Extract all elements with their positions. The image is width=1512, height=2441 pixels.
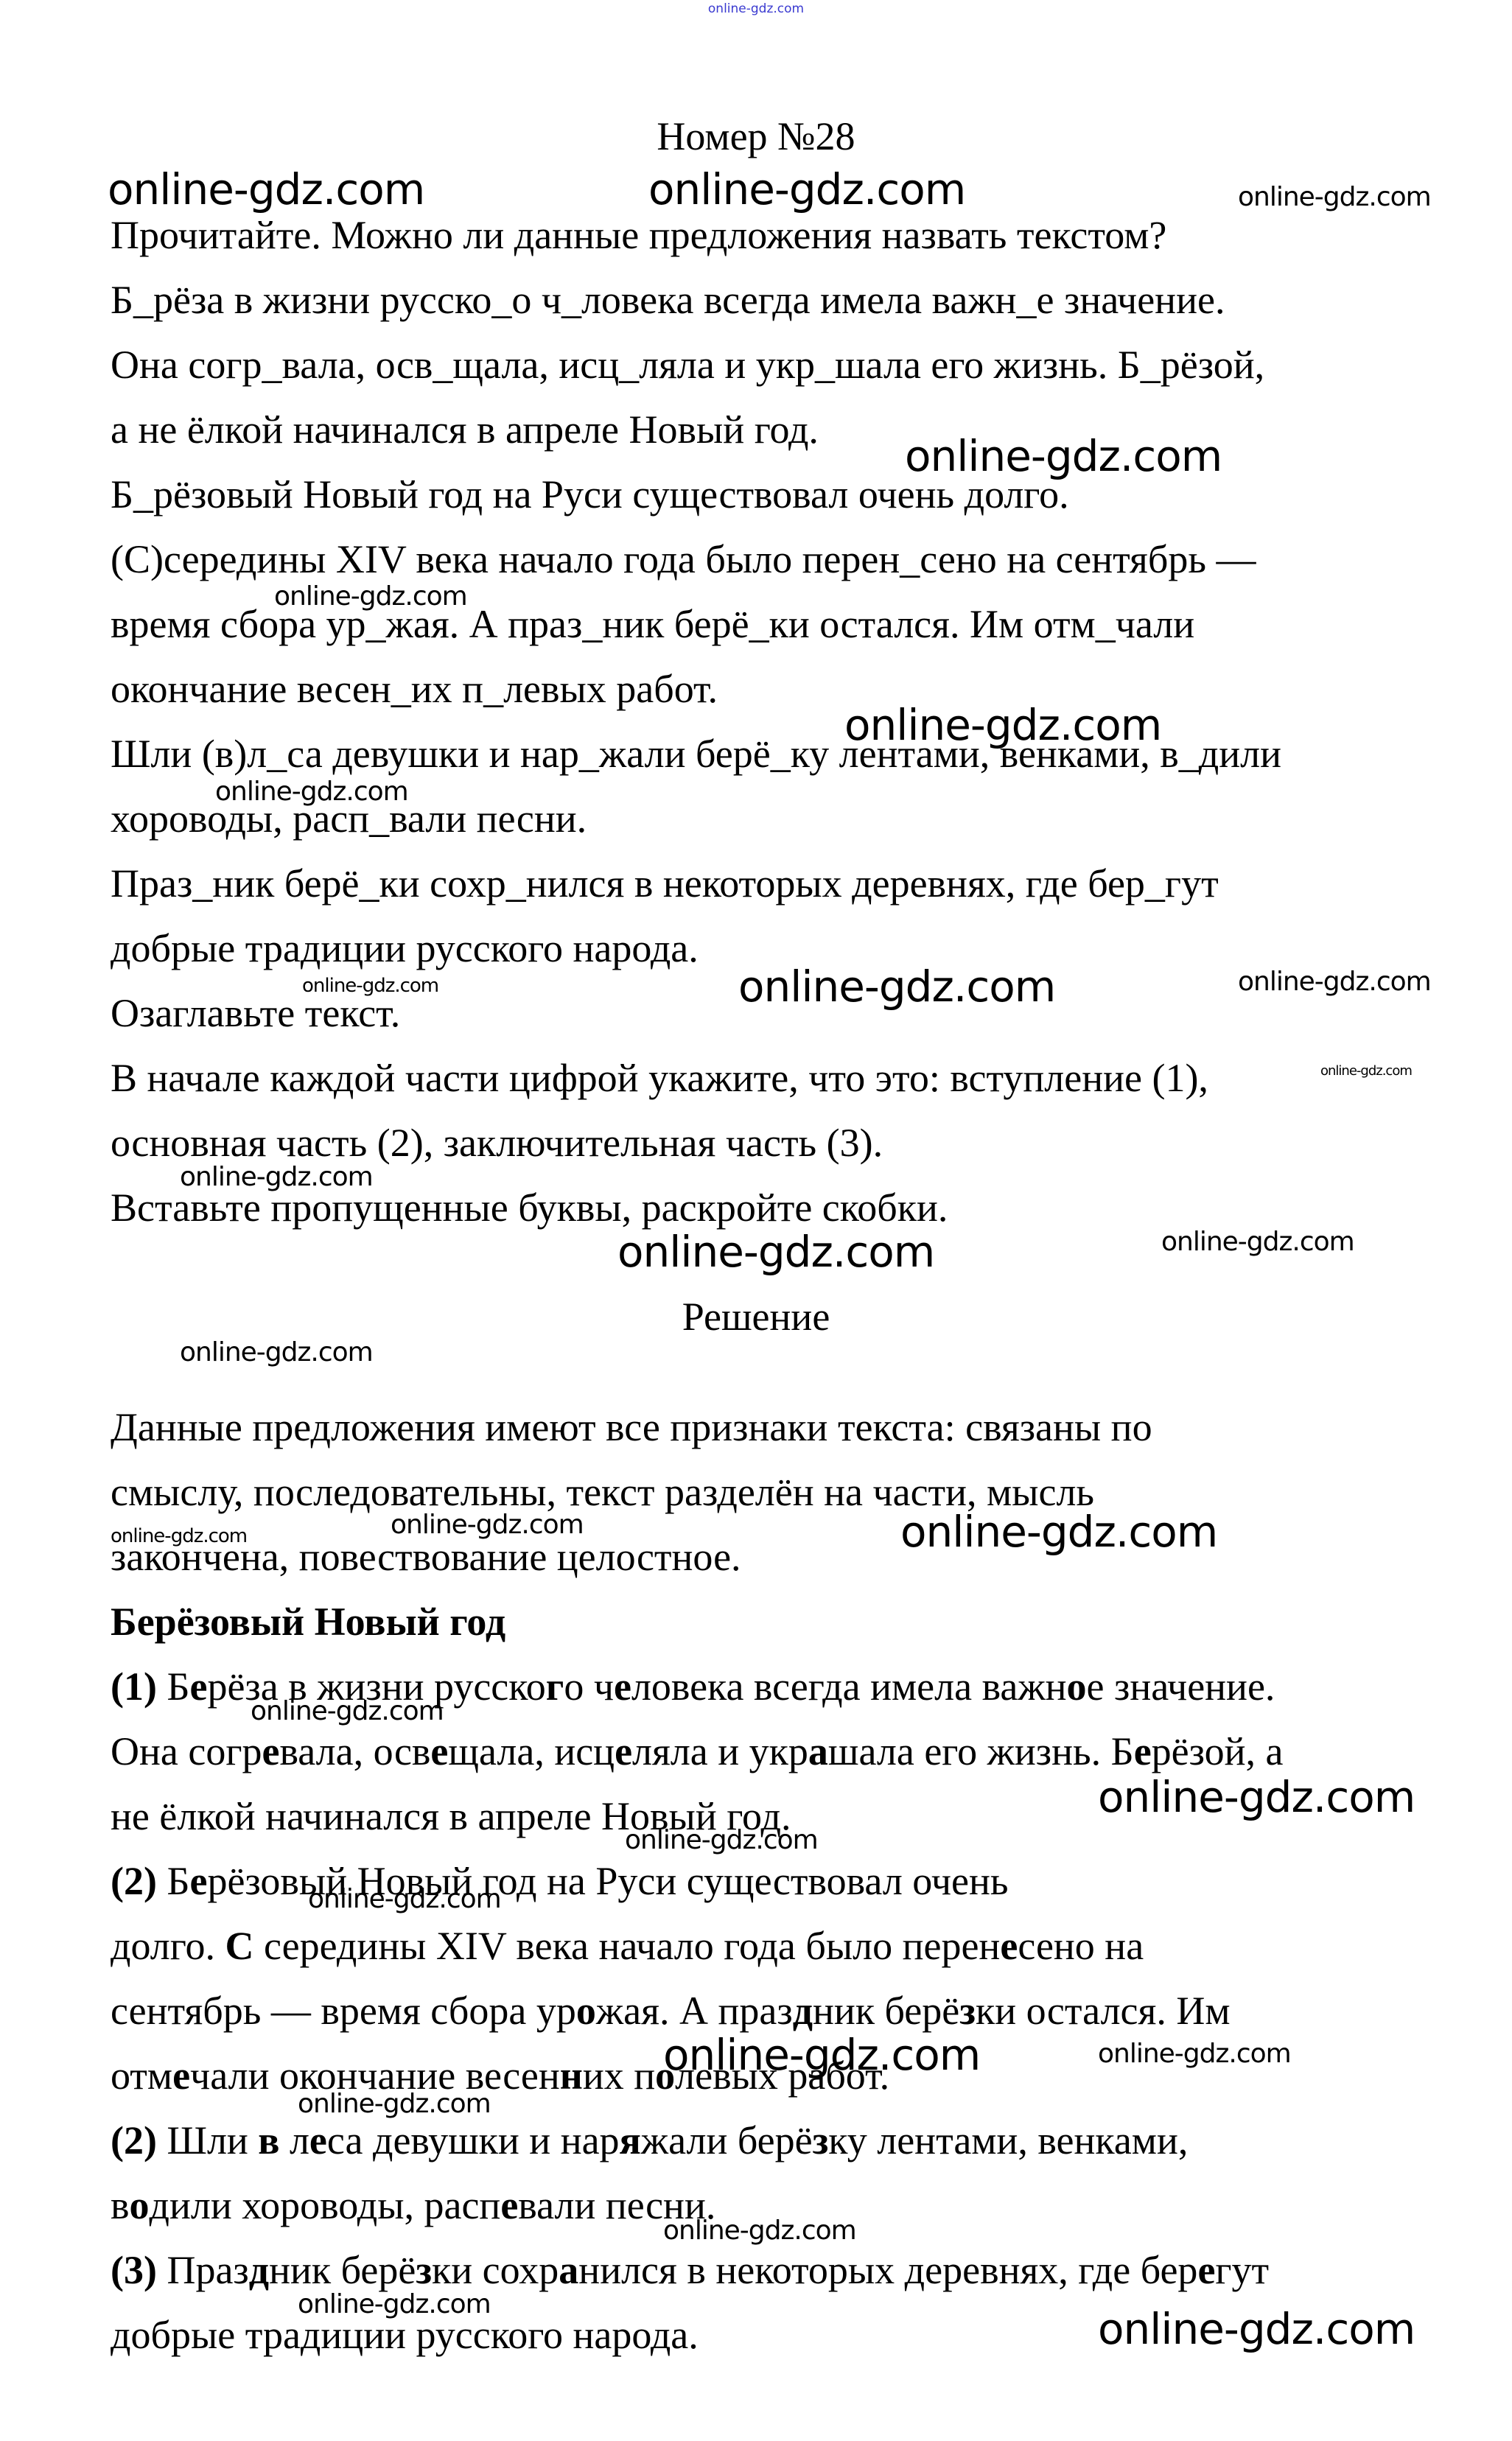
text-segment: Б <box>167 1664 189 1709</box>
text-segment: сентябрь — время сбора ур <box>111 1989 576 2033</box>
text-segment: ку лентами, венками, <box>828 2118 1188 2162</box>
solution-line: Она согревала, освещала, исцеляла и укра… <box>111 1731 1284 1771</box>
watermark: online-gdz.com <box>905 435 1222 477</box>
inserted-letter: е <box>1000 1924 1018 1968</box>
text-segment: ловека всегда имела важн <box>631 1664 1067 1709</box>
text-segment: середины XIV века начало года было перен <box>254 1924 1001 1968</box>
solution-line: добрые традиции русского народа. <box>111 2315 699 2355</box>
watermark: online-gdz.com <box>274 584 467 610</box>
task-line: добрые традиции русского народа. <box>111 928 699 968</box>
inserted-letter: С <box>225 1924 254 1968</box>
text-segment: долго. <box>111 1924 225 1968</box>
text-segment: са девушки и нар <box>327 2118 620 2162</box>
watermark: online-gdz.com <box>108 168 424 211</box>
inserted-letter: е <box>430 1729 448 1773</box>
inserted-letter: о <box>130 2183 150 2227</box>
watermark: online-gdz.com <box>180 1164 373 1191</box>
explanation-line: Данные предложения имеют все признаки те… <box>111 1407 1152 1447</box>
document-page: online-gdz.com Номер №28 Прочитайте. Мож… <box>0 0 1512 2441</box>
text-segment: вала, осв <box>279 1729 430 1773</box>
text-segment: е значение. <box>1087 1664 1275 1709</box>
text-segment: шала его жизнь. Б <box>828 1729 1134 1773</box>
text-segment: ки сохр <box>432 2248 559 2292</box>
inserted-letter: е <box>189 1859 207 1903</box>
watermark: online-gdz.com <box>617 1230 934 1273</box>
watermark: online-gdz.com <box>298 2091 491 2118</box>
inserted-letter: я <box>620 2118 641 2162</box>
solution-heading: Решение <box>0 1297 1512 1337</box>
text-segment: в <box>111 2183 130 2227</box>
text-segment: ки остался. Им <box>976 1989 1231 2033</box>
watermark: online-gdz.com <box>648 168 965 211</box>
inserted-letter: д <box>793 1989 813 2033</box>
inserted-letter: а <box>808 1729 828 1773</box>
text-title: Берёзовый Новый год <box>111 1602 505 1642</box>
watermark: online-gdz.com <box>900 1510 1217 1553</box>
task-question: Прочитайте. Можно ли данные предложения … <box>111 215 1166 255</box>
task-line: окончание весен_их п_левых работ. <box>111 669 718 709</box>
watermark: online-gdz.com <box>625 1827 818 1854</box>
watermark: online-gdz.com <box>663 2218 856 2244</box>
watermark: online-gdz.com <box>1238 969 1431 995</box>
text-segment: Праз <box>167 2248 248 2292</box>
solution-line: долго. С середины XIV века начало года б… <box>111 1926 1144 1966</box>
task-line: Б_рёза в жизни русско_о ч_ловека всегда … <box>111 280 1225 320</box>
watermark: online-gdz.com <box>302 976 438 995</box>
text-segment: Шли <box>167 2118 258 2162</box>
solution-line: водили хороводы, распевали песни. <box>111 2185 715 2225</box>
task-line: Она согр_вала, осв_щала, исц_ляла и укр_… <box>111 345 1264 385</box>
text-segment: нился в некоторых деревнях, где бер <box>578 2248 1197 2292</box>
watermark: online-gdz.com <box>1161 1229 1354 1255</box>
task-line: Праз_ник берё_ки сохр_нился в некоторых … <box>111 864 1219 903</box>
inserted-letter: е <box>615 1729 632 1773</box>
watermark: online-gdz.com <box>844 704 1161 746</box>
solution-line: сентябрь — время сбора урожая. А праздни… <box>111 1991 1231 2031</box>
part-marker: (3) <box>111 2248 167 2292</box>
task-line: а не ёлкой начинался в апреле Новый год. <box>111 410 819 449</box>
solution-line: (2) Шли в леса девушки и наряжали берёзк… <box>111 2120 1188 2160</box>
inserted-letter: з <box>813 2118 829 2162</box>
header-watermark: online-gdz.com <box>0 1 1512 16</box>
watermark: online-gdz.com <box>391 1512 584 1538</box>
inserted-letter: з <box>416 2248 432 2292</box>
solution-line: (3) Праздник берёзки сохранился в некото… <box>111 2250 1269 2290</box>
inserted-letter: е <box>189 1664 207 1709</box>
instruction-line: В начале каждой части цифрой укажите, чт… <box>111 1058 1208 1098</box>
text-segment: отм <box>111 2053 172 2098</box>
watermark: online-gdz.com <box>1098 1776 1415 1818</box>
watermark: online-gdz.com <box>111 1527 247 1546</box>
instruction-line: Вставьте пропущенные буквы, раскройте ск… <box>111 1188 948 1227</box>
text-segment: добрые традиции русского народа. <box>111 2313 699 2357</box>
text-segment: о <box>564 1664 594 1709</box>
text-segment: гут <box>1215 2248 1269 2292</box>
text-segment: ник берё <box>269 2248 416 2292</box>
text-segment: сено на <box>1018 1924 1144 1968</box>
text-segment: их п <box>583 2053 655 2098</box>
text-segment: щала, исц <box>448 1729 615 1773</box>
inserted-letter: о <box>1067 1664 1087 1709</box>
watermark: online-gdz.com <box>1098 2041 1291 2067</box>
watermark: online-gdz.com <box>663 2034 980 2076</box>
solution-line: (2) Берёзовый Новый год на Руси существо… <box>111 1861 1009 1901</box>
watermark: online-gdz.com <box>1320 1065 1412 1078</box>
watermark: online-gdz.com <box>298 2291 491 2318</box>
text-segment: рёзой, а <box>1152 1729 1284 1773</box>
text-segment: л <box>279 2118 309 2162</box>
part-marker: (2) <box>111 1859 167 1903</box>
text-segment: дили хороводы, расп <box>150 2183 501 2227</box>
inserted-letter: з <box>959 1989 976 2033</box>
inserted-letter: а <box>559 2248 578 2292</box>
part-marker: (2) <box>111 2118 167 2162</box>
watermark: online-gdz.com <box>1098 2308 1415 2350</box>
text-segment: жая. А праз <box>596 1989 793 2033</box>
inserted-letter: о <box>576 1989 596 2033</box>
watermark: online-gdz.com <box>738 965 1055 1008</box>
inserted-letter: е <box>309 2118 327 2162</box>
inserted-letter: д <box>249 2248 269 2292</box>
instruction-line: Озаглавьте текст. <box>111 993 400 1033</box>
inserted-letter: г <box>546 1664 564 1709</box>
inserted-letter: е <box>262 1729 279 1773</box>
inserted-letter: е <box>172 2053 190 2098</box>
inserted-letter: е <box>1197 2248 1215 2292</box>
watermark: online-gdz.com <box>308 1886 501 1913</box>
explanation-line: смыслу, последовательны, текст разделён … <box>111 1472 1094 1512</box>
inserted-letter: е <box>614 1664 631 1709</box>
text-segment: ляла и укр <box>632 1729 808 1773</box>
inserted-letter: н <box>560 2053 583 2098</box>
page-title: Номер №28 <box>0 116 1512 156</box>
watermark: online-gdz.com <box>215 779 408 805</box>
task-line: (С)середины XIV века начало года было пе… <box>111 539 1256 579</box>
inserted-letter: е <box>1134 1729 1152 1773</box>
text-segment: Она согр <box>111 1729 262 1773</box>
instruction-line: основная часть (2), заключительная часть… <box>111 1123 883 1163</box>
inserted-letter: в <box>258 2118 279 2162</box>
watermark: online-gdz.com <box>251 1698 444 1725</box>
text-segment: Б <box>167 1859 189 1903</box>
watermark: online-gdz.com <box>1238 184 1431 211</box>
text-segment: ч <box>594 1664 614 1709</box>
text-segment: жали берё <box>641 2118 813 2162</box>
text-segment: ник берё <box>813 1989 959 2033</box>
task-line: время сбора ур_жая. А праз_ник берё_ки о… <box>111 604 1194 644</box>
watermark: online-gdz.com <box>180 1339 373 1366</box>
part-marker: (1) <box>111 1664 167 1709</box>
inserted-letter: е <box>500 2183 518 2227</box>
